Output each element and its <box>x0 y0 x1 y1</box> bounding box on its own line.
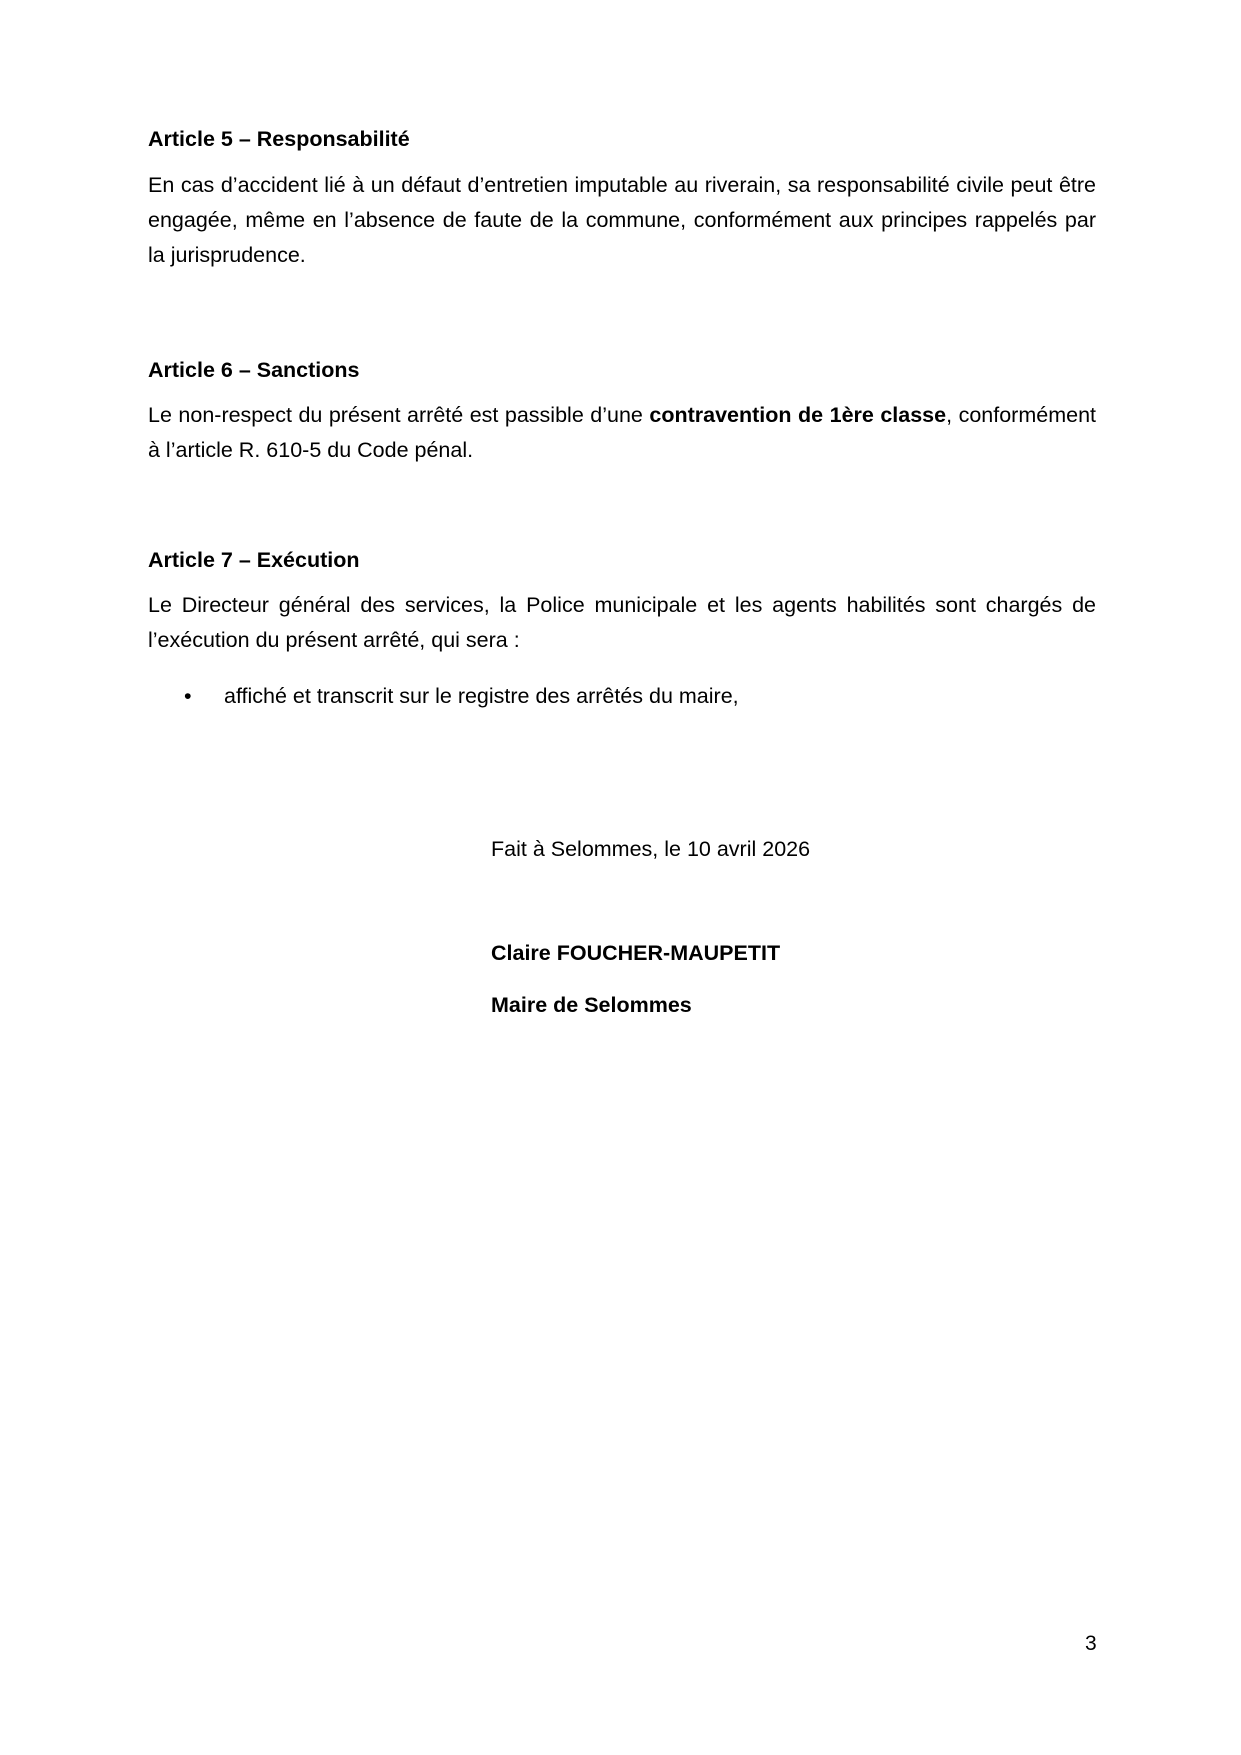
emphasis-text: contravention de 1ère classe <box>649 403 946 427</box>
paragraph-text: Le non-respect du présent arrêté est pas… <box>148 403 649 427</box>
place-date: Fait à Selommes, le 10 avril 2026 <box>491 834 810 864</box>
article-heading: Article 6 – Sanctions <box>148 353 1096 388</box>
article-paragraph: Le Directeur général des services, la Po… <box>148 588 1096 658</box>
document-page: Article 5 – Responsabilité En cas d’acci… <box>0 0 1241 1755</box>
bullet-icon: • <box>184 679 192 714</box>
article-heading: Article 5 – Responsabilité <box>148 122 1096 157</box>
page-number: 3 <box>1085 1632 1097 1656</box>
list-item-text: affiché et transcrit sur le registre des… <box>224 679 739 714</box>
signatory-title: Maire de Selommes <box>491 990 692 1020</box>
article-heading: Article 7 – Exécution <box>148 543 1096 578</box>
article-paragraph: En cas d’accident lié à un défaut d’entr… <box>148 168 1096 273</box>
signatory-name: Claire FOUCHER-MAUPETIT <box>491 938 780 968</box>
article-paragraph: Le non-respect du présent arrêté est pas… <box>148 398 1096 468</box>
